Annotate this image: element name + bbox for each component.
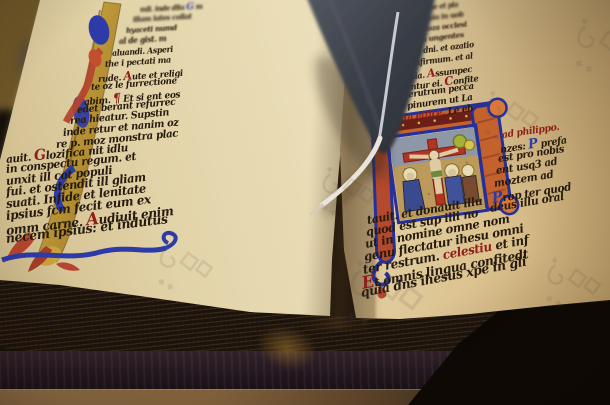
manuscript-text: nim — [365, 115, 388, 129]
manuscript-text: illam lates collat — [133, 12, 192, 24]
manuscript-text: Le eb — [447, 103, 474, 117]
manuscript-line: hyaceti numd — [126, 23, 177, 35]
manuscript-line: illam lates collat — [133, 12, 192, 24]
manuscript-text: m — [193, 2, 202, 11]
photo-stage: mli. inde dlia G millam lates collathyac… — [0, 0, 610, 405]
manuscript-text: hyaceti numd — [126, 23, 177, 35]
